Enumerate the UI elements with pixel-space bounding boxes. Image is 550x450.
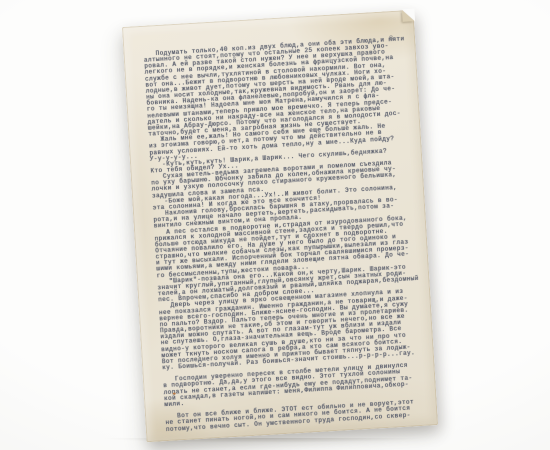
folded-corner (402, 9, 415, 22)
paper-cast-shadow (60, 438, 460, 450)
typescript-text: Подумать только,40 коп.из двух блюд,а он… (143, 36, 427, 433)
typescript-page: 8 Подумать только,40 коп.из двух блюд,а … (122, 10, 438, 443)
photo-backdrop: 8 Подумать только,40 коп.из двух блюд,а … (0, 0, 550, 450)
